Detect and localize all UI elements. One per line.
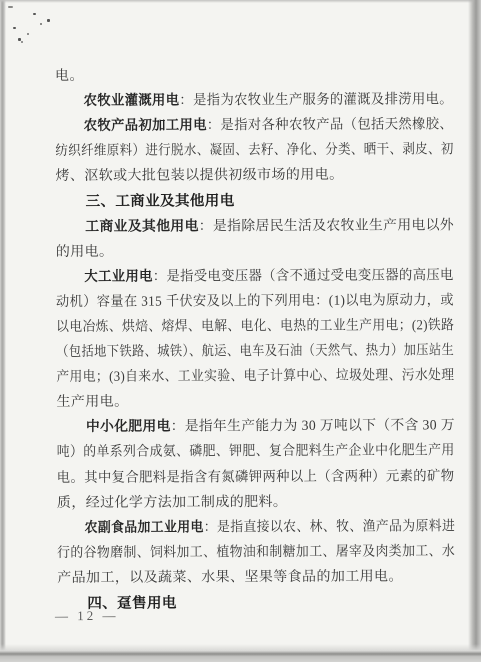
line-text: 质，经过化学方法加工制成的肥料。: [57, 495, 287, 511]
text-line: 生产用电。: [56, 391, 454, 418]
scan-speck: [27, 33, 29, 35]
text-line: 电。: [55, 65, 453, 92]
line-text: ：是指对各种农牧产品（包括天然橡胶、: [207, 117, 453, 133]
line-text: 产品加工，以及蔬菜、水果、坚果等食品的加工用电。: [57, 569, 403, 586]
defined-term: 农副食品加工业用电: [85, 520, 204, 536]
line-text: 烤、沤软或大批包装以提供初级市场的用电。: [55, 168, 343, 184]
scan-speck: [21, 41, 23, 43]
defined-term: 工商业及其他用电: [85, 219, 199, 234]
text-line: 农牧产品初加工用电：是指对各种农牧产品（包括天然橡胶、: [55, 116, 433, 143]
defined-term: 大工业用电: [84, 269, 152, 284]
line-text: ：是指直接以农、林、牧、渔产品为原料进: [204, 519, 456, 535]
text-line: （包括地下铁路、城铁）、航运、电车及石油（天然气、热力）加压站生: [56, 342, 405, 369]
section-heading: 三、工商业及其他用电: [56, 191, 454, 218]
text-line: 工商业及其他用电：是指除居民生活及农牧业生产用电以外: [56, 216, 448, 243]
line-text: 动机）容量在 315 千伏安及以上的下列用电：(1)以电为原动力，或: [56, 293, 454, 310]
line-text: 电。: [55, 69, 84, 84]
scan-speck: [47, 19, 50, 22]
text-line: 农副食品加工业用电：是指直接以农、林、牧、渔产品为原料进: [57, 517, 423, 544]
text-line: 大工业用电：是指受电变压器（含不通过受电变压器的高压电: [56, 266, 434, 293]
line-text: 纺织纤维原料）进行脱水、凝固、去籽、净化、分类、晒干、剥皮、初: [55, 143, 453, 160]
text-line: 纺织纤维原料）进行脱水、凝固、去籽、净化、分类、晒干、剥皮、初: [55, 141, 410, 168]
line-text: ：是指除居民生活及农牧业生产用电以外: [199, 218, 454, 234]
text-line: 的用电。: [56, 241, 454, 268]
text-line: 以电冶炼、烘焙、熔焊、电解、电化、电热的工业生产用电；(2)铁路: [56, 316, 420, 343]
text-line: 动机）容量在 315 千伏安及以上的下列用电：(1)以电为原动力，或: [56, 291, 431, 318]
line-text: ：是指年生产能力为 30 万吨以下（不含 30 万: [171, 419, 455, 435]
page-number: — 12 —: [55, 608, 119, 624]
scan-edge-bottom: [0, 644, 481, 662]
text-line: 电。其中复合肥料是指含有氮磷钾两种以上（含两种）元素的矿物: [57, 467, 436, 494]
text-line: 中小化肥用电：是指年生产能力为 30 万吨以下（不含 30 万: [57, 417, 447, 444]
line-text: 吨）的单系列合成氨、磷肥、钾肥、复合肥料生产企业中化肥生产用: [57, 444, 455, 461]
text-line: 吨）的单系列合成氨、磷肥、钾肥、复合肥料生产企业中化肥生产用: [57, 442, 424, 469]
line-text: （包括地下铁路、城铁）、航运、电车及石油（天然气、热力）加压站生: [56, 343, 454, 360]
text-line: 烤、沤软或大批包装以提供初级市场的用电。: [55, 166, 453, 193]
text-line: 行的谷物磨制、饲料加工、植物油和制糖加工、屠宰及肉类加工、水: [57, 542, 424, 569]
scan-edge-left: [0, 0, 6, 652]
defined-term: 中小化肥用电: [86, 420, 171, 435]
scan-speck: [40, 23, 42, 25]
defined-term: 农牧业灌溉用电: [84, 94, 180, 109]
scan-edge-right: [468, 0, 481, 654]
line-text: 产用电；(3)自来水、工业实验、电子计算中心、垃圾处理、污水处理: [56, 368, 454, 385]
text-line: 产品加工，以及蔬菜、水果、坚果等食品的加工用电。: [57, 567, 455, 594]
document-text-block: 电。农牧业灌溉用电：是指为农牧业生产服务的灌溉及排涝用电。农牧产品初加工用电：是…: [55, 65, 455, 619]
defined-term: 农牧产品初加工用电: [84, 119, 207, 135]
line-text: 生产用电。: [56, 395, 128, 410]
line-text: ：是指为农牧业生产服务的灌溉及排涝用电。: [179, 92, 453, 108]
text-line: 农牧业灌溉用电：是指为农牧业生产服务的灌溉及排涝用电。: [55, 90, 433, 117]
line-text: 行的谷物磨制、饲料加工、植物油和制糖加工、屠宰及肉类加工、水: [57, 544, 455, 561]
scan-speck: [33, 13, 36, 15]
scan-speck: [8, 6, 13, 8]
scan-edge-top: [0, 0, 481, 3]
scan-speck: [13, 27, 16, 29]
text-line: 质，经过化学方法加工制成的肥料。: [57, 492, 455, 519]
line-text: ：是指受电变压器（含不通过受电变压器的高压电: [153, 268, 454, 284]
line-text: 三、工商业及其他用电: [86, 194, 235, 211]
line-text: 以电冶炼、烘焙、熔焊、电解、电化、电热的工业生产用电；(2)铁路: [56, 318, 454, 335]
text-line: 产用电；(3)自来水、工业实验、电子计算中心、垃圾处理、污水处理: [56, 367, 420, 394]
line-text: 的用电。: [56, 244, 114, 259]
line-text: 电。其中复合肥料是指含有氮磷钾两种以上（含两种）元素的矿物: [57, 469, 455, 486]
